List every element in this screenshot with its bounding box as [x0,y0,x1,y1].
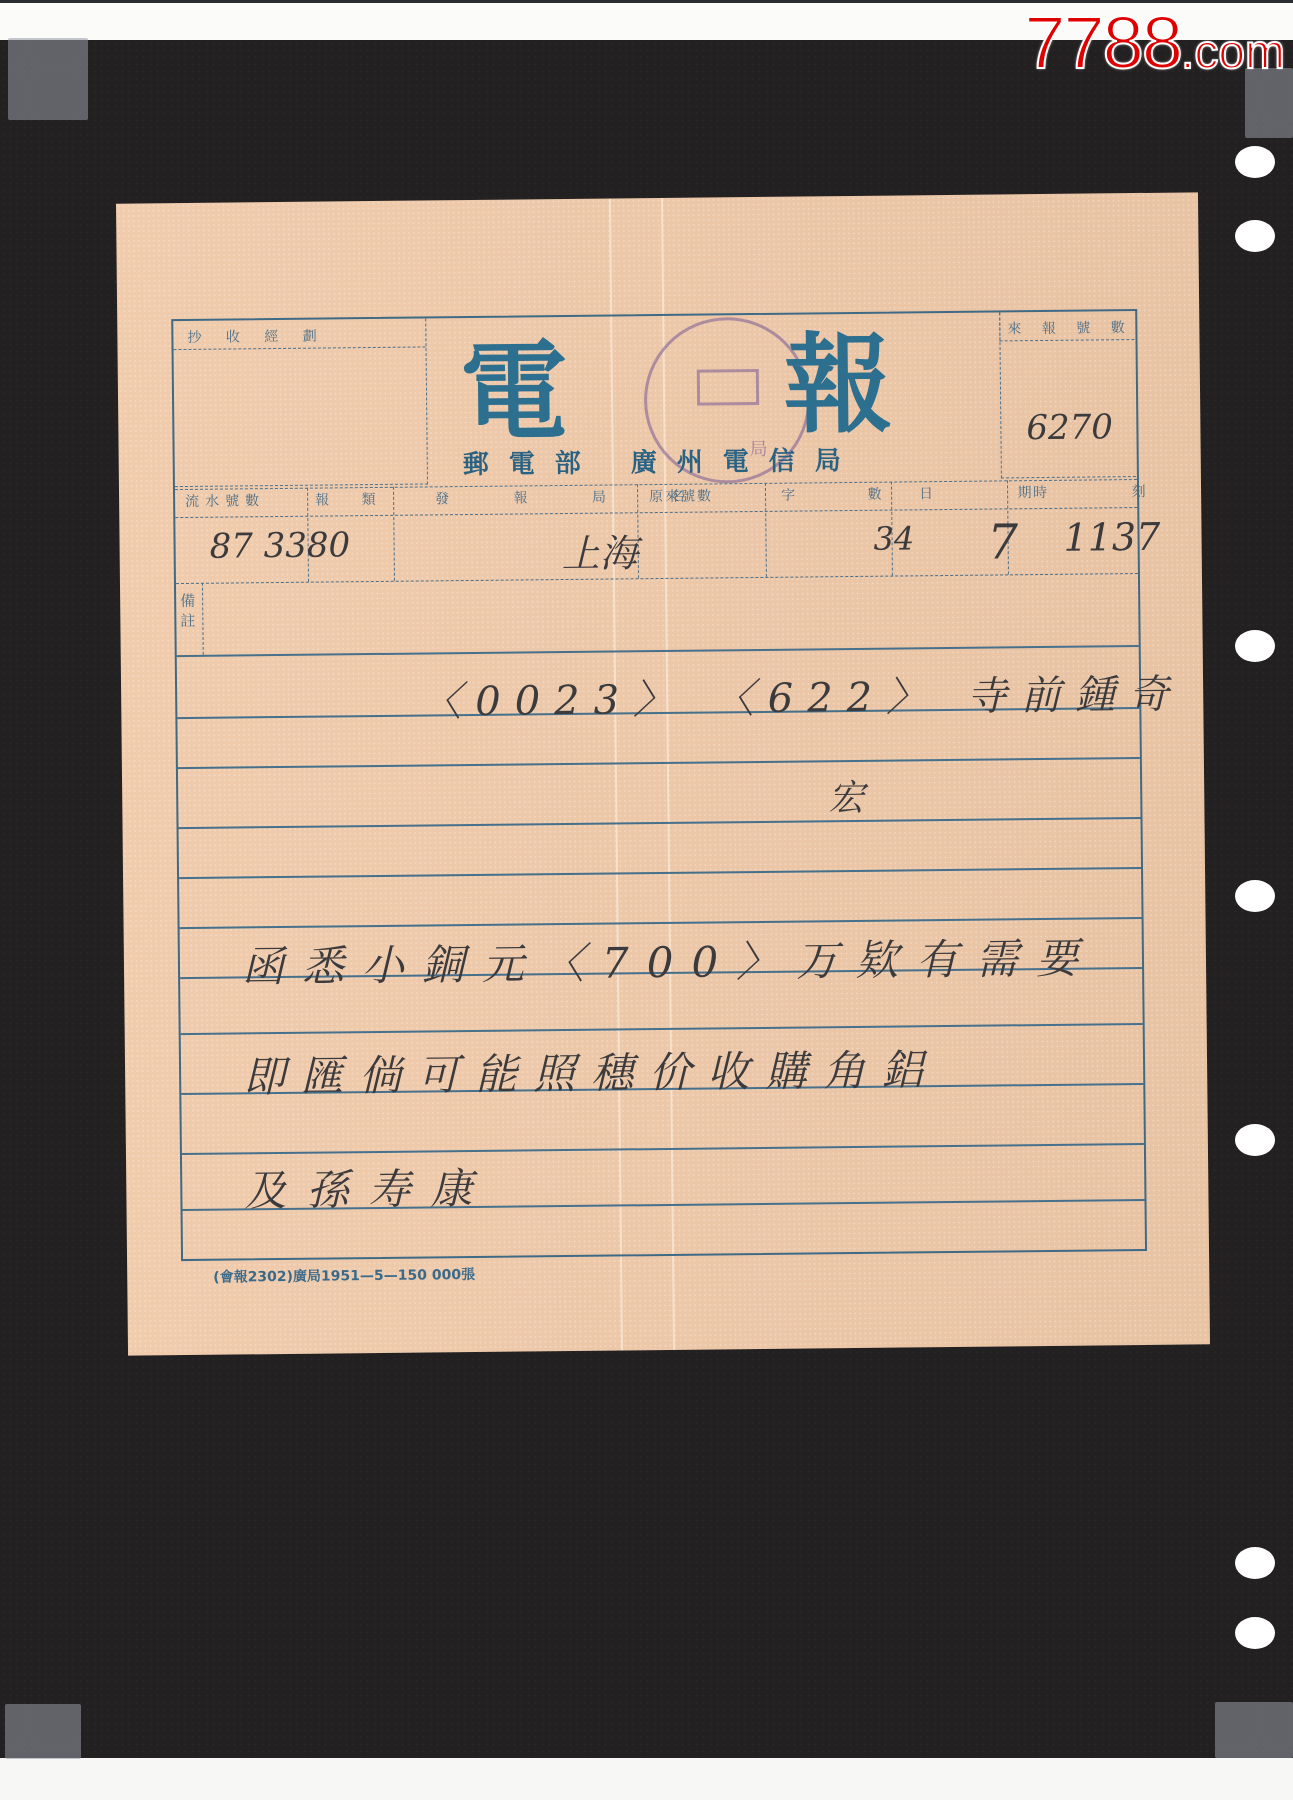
postmark-date-box [697,369,759,406]
watermark-main: 7788 [1024,1,1181,84]
binder-hole [1235,880,1275,912]
message-line-2: 宏 [828,770,865,821]
telegram-form-frame: 抄 收 經 劃 來 報 號 數 6270 局 電 報 郵電部廣州電信局 流水號數… [171,309,1147,1261]
message-line-1: 〈0023〉 〈622〉 寺前鍾奇 [421,663,1183,728]
tape-top-left [8,38,88,120]
issuer-name: 郵電部廣州電信局 [463,440,861,481]
rule-line [181,1023,1143,1035]
binder-hole [1235,630,1275,662]
message-line-5: 及孫寿康 [244,1156,493,1219]
values-row-bottom-line [176,573,1138,584]
message-line-3: 函悉小銅元〈700〉万欵有需要 [242,925,1097,994]
scanner-bottom-margin [0,1758,1293,1800]
title-char-bao: 報 [783,332,892,441]
title-char-dian: 電 [459,339,568,448]
binder-hole [1235,1124,1275,1156]
message-line-4: 即匯倘可能照穗价收購角鋁 [243,1037,940,1104]
origin-office-value: 上海 [561,522,638,578]
tape-bottom-left [5,1704,81,1759]
col-word-count: 字 數 [781,483,916,504]
incoming-number-label: 來 報 號 數 [1007,317,1133,338]
col-serial-number: 流水號數 [185,490,265,511]
serial-number-value: 87 3380 [209,525,350,566]
binder-hole [1235,220,1275,252]
col-original-number: 原來號數 [649,485,713,506]
time-value: 1137 [1063,515,1160,560]
binder-hole [1235,1547,1275,1579]
binder-hole [1235,1617,1275,1649]
remarks-label: 備註 [180,591,198,631]
incoming-number-value: 6270 [1026,407,1113,448]
binder-hole [1235,146,1275,178]
site-watermark: 7788.com [1024,6,1285,90]
column-headers: 流水號數 報 類 發 報 局 名 原來號數 字 數 日 期 時 刻 [175,481,1137,515]
col-telegram-type: 報 類 [315,489,390,510]
col-time: 時 刻 [1033,481,1186,503]
word-count-value: 34 [873,519,914,557]
watermark-suffix: .com [1181,26,1285,79]
rule-line [179,867,1141,879]
rule-line [177,645,1139,657]
transcription-label: 抄 收 經 劃 [187,325,327,346]
telegram-paper: 抄 收 經 劃 來 報 號 數 6270 局 電 報 郵電部廣州電信局 流水號數… [116,192,1210,1355]
remarks-divider [202,583,204,655]
date-value: 7 [987,514,1018,570]
rule-line [182,1143,1144,1155]
rule-line [179,817,1141,829]
rule-line [178,757,1140,769]
tape-bottom-right [1215,1702,1293,1758]
print-footer: (會報2302)廣局1951—5—150 000張 [213,1264,475,1287]
